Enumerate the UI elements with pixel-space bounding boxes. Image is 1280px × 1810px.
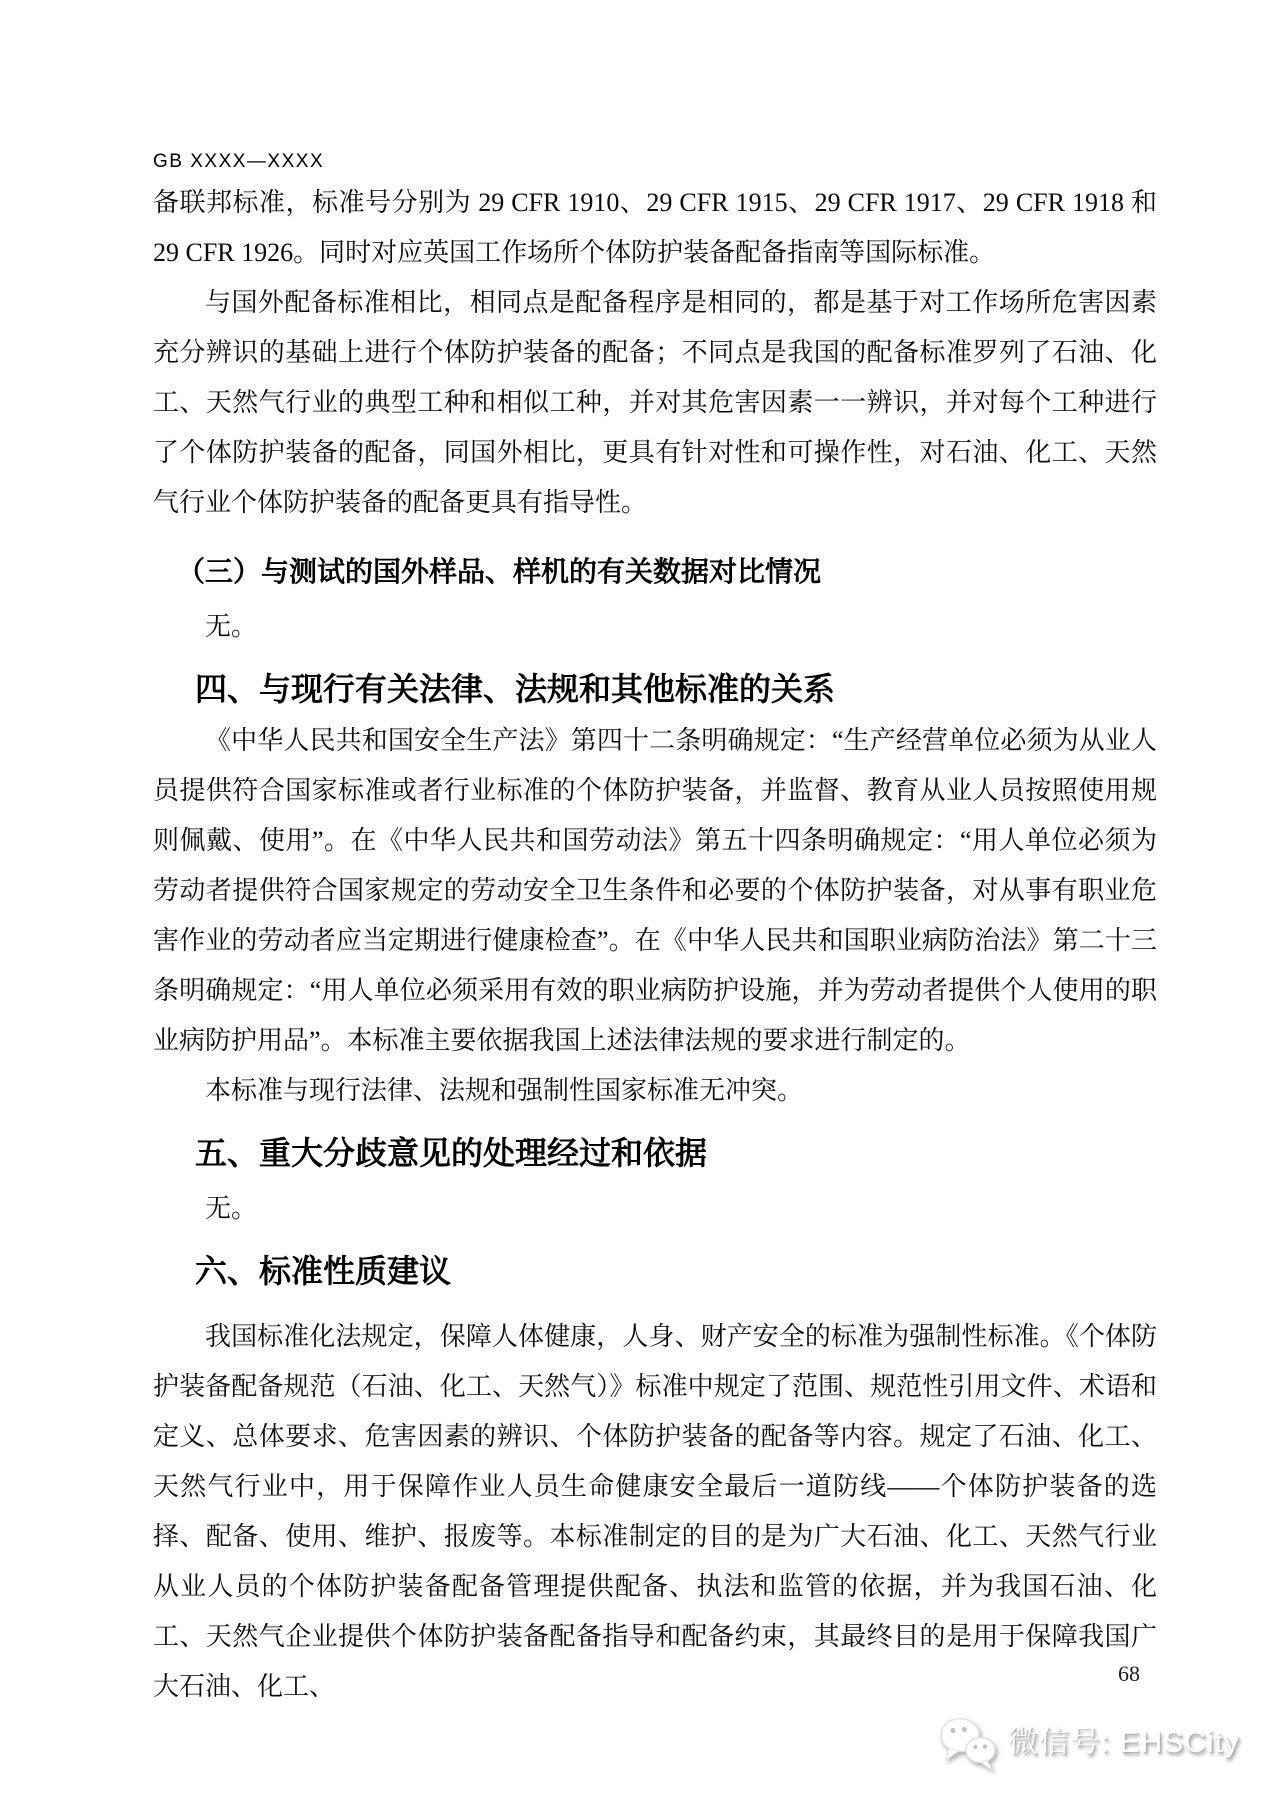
heading-section-5-dispute-handling: 五、重大分歧意见的处理经过和依据	[153, 1130, 1157, 1176]
heading-section-4-laws-relation: 四、与现行有关法律、法规和其他标准的关系	[153, 666, 1157, 712]
paragraph-cfr-standards: 备联邦标准，标准号分别为 29 CFR 1910、29 CFR 1915、29 …	[153, 178, 1157, 278]
page-number: 68	[1118, 1660, 1140, 1688]
watermark-label: 微信号: EHSCity	[1008, 1726, 1240, 1760]
heading-section-3-sample-data-comparison: （三）与测试的国外样品、样机的有关数据对比情况	[153, 552, 1157, 592]
paragraph-domestic-foreign-comparison: 与国外配备标准相比，相同点是配备程序是相同的，都是基于对工作场所危害因素充分辨识…	[153, 278, 1157, 528]
document-page: GB XXXX—XXXX 备联邦标准，标准号分别为 29 CFR 1910、29…	[0, 0, 1280, 1810]
heading-section-6-standard-nature: 六、标准性质建议	[153, 1248, 1157, 1294]
wechat-icon	[936, 1714, 998, 1772]
paragraph-no-conflict: 本标准与现行法律、法规和强制性国家标准无冲突。	[153, 1066, 1157, 1116]
wechat-watermark: 微信号: EHSCity	[936, 1714, 1240, 1772]
paragraph-none-2: 无。	[153, 1184, 1157, 1234]
paragraph-none-1: 无。	[153, 602, 1157, 652]
paragraph-laws-citations: 《中华人民共和国安全生产法》第四十二条明确规定：“生产经营单位必须为从业人员提供…	[153, 716, 1157, 1066]
standard-doc-code: GB XXXX—XXXX	[153, 150, 1157, 174]
paragraph-standard-nature: 我国标准化法规定，保障人体健康，人身、财产安全的标准为强制性标准。《个体防护装备…	[153, 1312, 1157, 1712]
page-content: GB XXXX—XXXX 备联邦标准，标准号分别为 29 CFR 1910、29…	[153, 150, 1157, 1712]
